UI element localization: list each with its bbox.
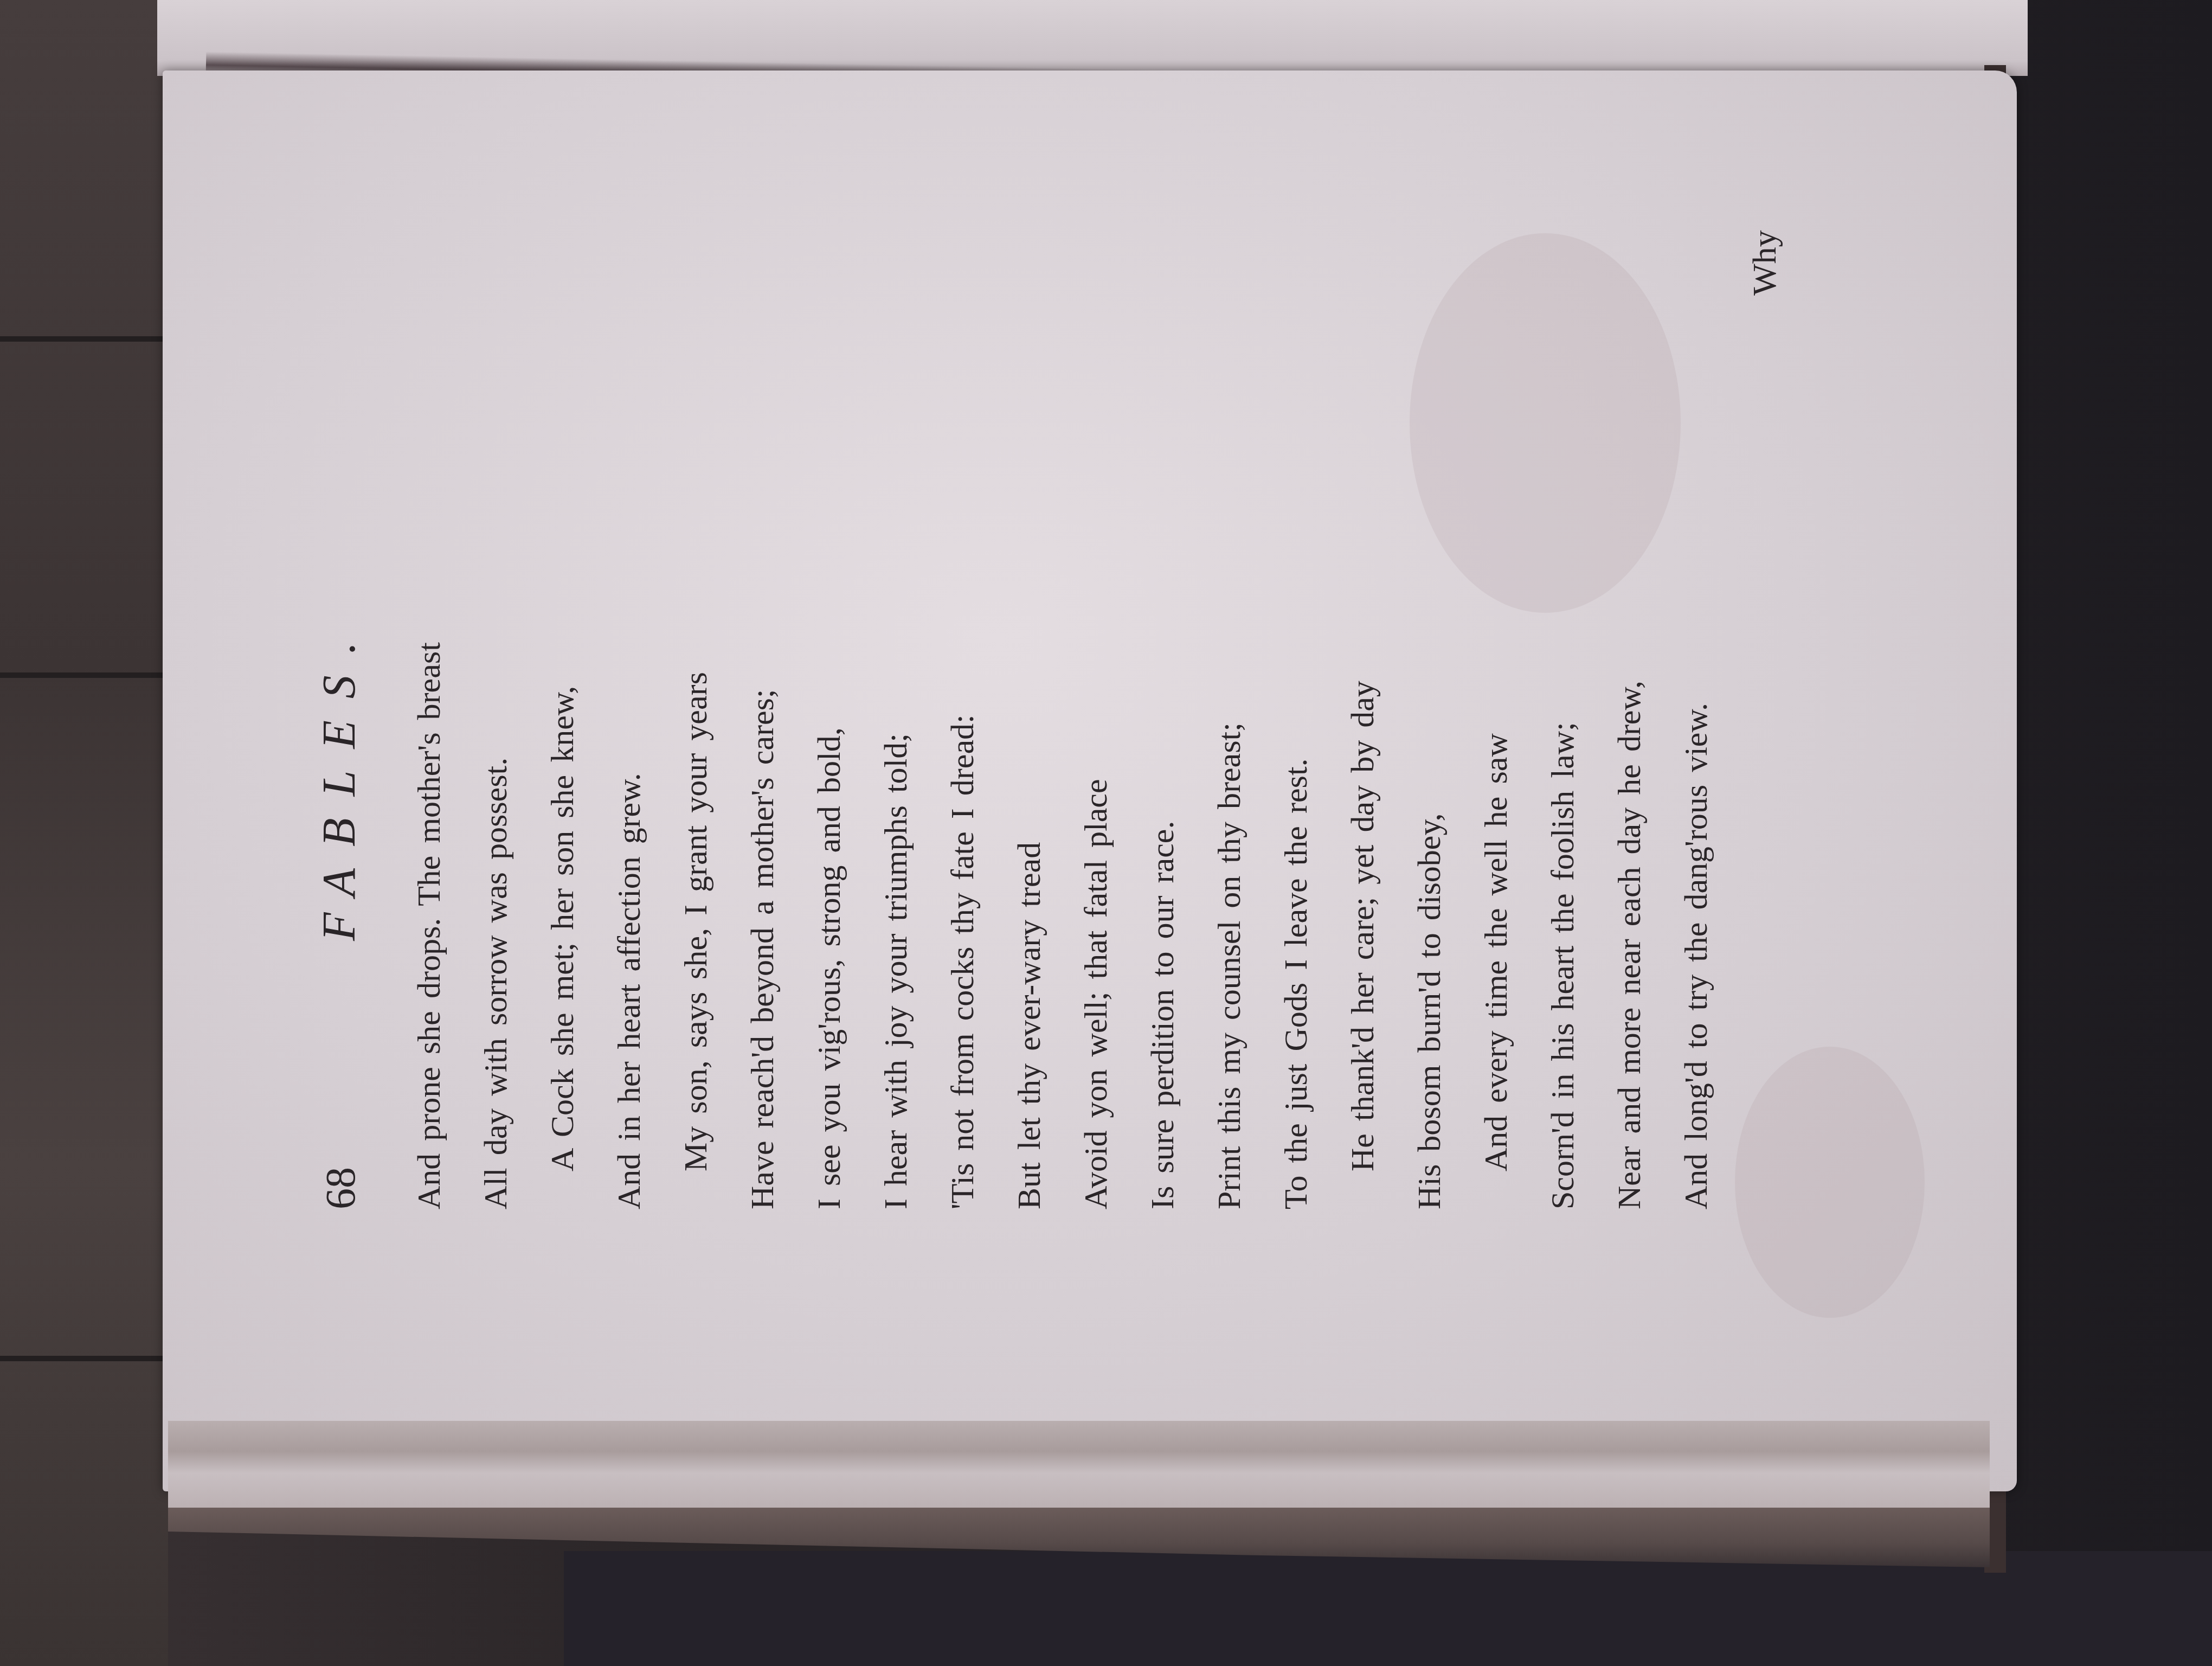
table-surface-bottom xyxy=(564,1551,2212,1666)
table-seam xyxy=(0,672,168,678)
verse-line: Scorn'd in his heart the foolish law; xyxy=(1529,16,1596,1209)
verse-line: His bosom burn'd to disobey, xyxy=(1396,16,1463,1209)
verse-lines: And prone she drops. The mother's breast… xyxy=(396,16,1729,1209)
page-text-block: 68 FABLES. And prone she drops. The moth… xyxy=(312,16,1808,1209)
running-title: FABLES. xyxy=(312,620,366,941)
verse-line: Print this my counsel on thy breast; xyxy=(1196,16,1263,1209)
page-fore-edge xyxy=(168,1421,1990,1508)
verse-line: And long'd to try the dang'rous view. xyxy=(1663,16,1729,1209)
verse-line: All day with sorrow was possest. xyxy=(462,16,529,1209)
page-number: 68 xyxy=(316,1079,365,1209)
table-seam xyxy=(0,336,168,342)
verse-line: My son, says she, I grant your years xyxy=(663,16,729,1209)
verse-line: Is sure perdition to our race. xyxy=(1129,16,1196,1209)
verse-line: Avoid yon well; that fatal place xyxy=(1063,16,1129,1209)
verse-line: Near and more near each day he drew, xyxy=(1596,16,1663,1209)
verse-line: Have reach'd beyond a mother's cares; xyxy=(729,16,796,1209)
verse-line: But let thy ever-wary tread xyxy=(996,16,1063,1209)
verse-line: To the just Gods I leave the rest. xyxy=(1263,16,1329,1209)
table-surface-left xyxy=(0,0,168,1666)
verse-line: A Cock she met; her son she knew, xyxy=(529,16,596,1209)
verse-line: He thank'd her care; yet day by day xyxy=(1329,16,1396,1209)
verse-line: And prone she drops. The mother's breast xyxy=(396,16,462,1209)
table-seam xyxy=(0,1356,168,1361)
verse-line: 'Tis not from cocks thy fate I dread: xyxy=(929,16,996,1209)
running-head: 68 FABLES. xyxy=(312,16,366,1209)
verse-line: I see you vig'rous, strong and bold, xyxy=(796,16,863,1209)
catchword: Why xyxy=(1746,230,1784,296)
verse-line: And in her heart affection grew. xyxy=(596,16,663,1209)
photo-scene: 68 FABLES. And prone she drops. The moth… xyxy=(0,0,2212,1666)
verse-line: I hear with joy your triumphs told; xyxy=(863,16,929,1209)
verse-line: And every time the well he saw xyxy=(1463,16,1529,1209)
